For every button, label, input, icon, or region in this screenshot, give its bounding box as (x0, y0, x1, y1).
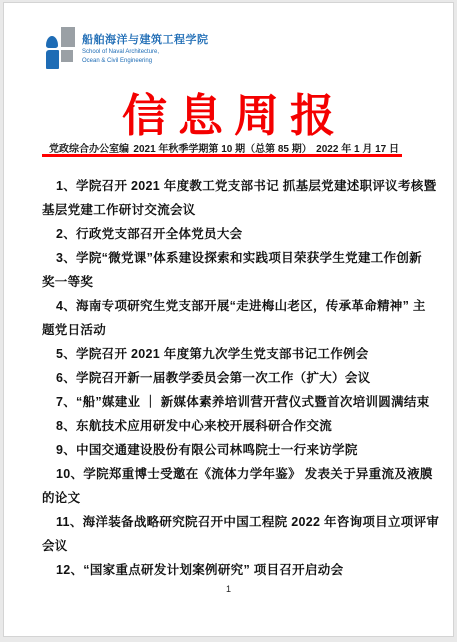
toc-item-4-line-2: 题党日活动 (42, 318, 419, 342)
logo-block-gray-tall (61, 27, 75, 47)
toc-item-8: 8、东航技术应用研发中心来校开展科研合作交流 (42, 414, 419, 438)
document-viewer: 船舶海洋与建筑工程学院 School of Naval Architecture… (0, 0, 457, 642)
issue-info-line: 党政综合办公室编 2021 年秋季学期第 10 期（总第 85 期） 2022 … (49, 140, 399, 155)
school-name-chinese: 船舶海洋与建筑工程学院 (82, 31, 209, 47)
school-name-english-line1: School of Naval Architecture, (82, 49, 209, 56)
toc-item-6: 6、学院召开新一届教学委员会第一次工作（扩大）会议 (42, 366, 419, 390)
toc-item-11-line-2: 会议 (42, 534, 419, 558)
issue-date: 2022 年 1 月 17 日 (316, 140, 399, 155)
document-page: 船舶海洋与建筑工程学院 School of Naval Architecture… (3, 2, 454, 637)
page-number: 1 (4, 584, 453, 594)
toc-item-11-line-1: 11、海洋装备战略研究院召开中国工程院 2022 年咨询项目立项评审 (42, 510, 419, 534)
issue-number: 2021 年秋季学期第 10 期（总第 85 期） (133, 140, 311, 155)
toc-item-3-line-2: 奖一等奖 (42, 270, 419, 294)
toc-item-10-line-2: 的论文 (42, 486, 419, 510)
school-names: 船舶海洋与建筑工程学院 School of Naval Architecture… (82, 27, 209, 65)
contents-list: 1、学院召开 2021 年度教工党支部书记 抓基层党建述职评议考核暨 基层党建工… (42, 174, 419, 582)
logo-block-blue-tall (46, 50, 59, 69)
school-logo-icon (46, 27, 76, 69)
toc-item-4-line-1: 4、海南专项研究生党支部开展“走进梅山老区，传承革命精神” 主 (42, 294, 419, 318)
newsletter-title: 信息周报 (4, 79, 453, 144)
toc-item-7: 7、“船”媒建业 ｜ 新媒体素养培训营开营仪式暨首次培训圆满结束 (42, 390, 419, 414)
toc-item-9: 9、中国交通建设股份有限公司林鸣院士一行来访学院 (42, 438, 419, 462)
toc-item-10-line-1: 10、学院郑重博士受邀在《流体力学年鉴》 发表关于异重流及液膜 (42, 462, 419, 486)
logo-block-blue-dome (46, 36, 58, 48)
red-divider-rule (42, 154, 402, 157)
toc-item-2: 2、行政党支部召开全体党员大会 (42, 222, 419, 246)
toc-item-12: 12、“国家重点研发计划案例研究” 项目召开启动会 (42, 558, 419, 582)
logo-block-gray-small (61, 50, 73, 62)
issue-editor: 党政综合办公室编 (49, 140, 129, 155)
toc-item-1-line-2: 基层党建工作研讨交流会议 (42, 198, 419, 222)
school-name-english-line2: Ocean & Civil Engineering (82, 58, 209, 65)
toc-item-5: 5、学院召开 2021 年度第九次学生党支部书记工作例会 (42, 342, 419, 366)
document-header: 船舶海洋与建筑工程学院 School of Naval Architecture… (46, 27, 209, 69)
toc-item-3-line-1: 3、学院“微党课”体系建设探索和实践项目荣获学生党建工作创新 (42, 246, 419, 270)
toc-item-1-line-1: 1、学院召开 2021 年度教工党支部书记 抓基层党建述职评议考核暨 (42, 174, 419, 198)
